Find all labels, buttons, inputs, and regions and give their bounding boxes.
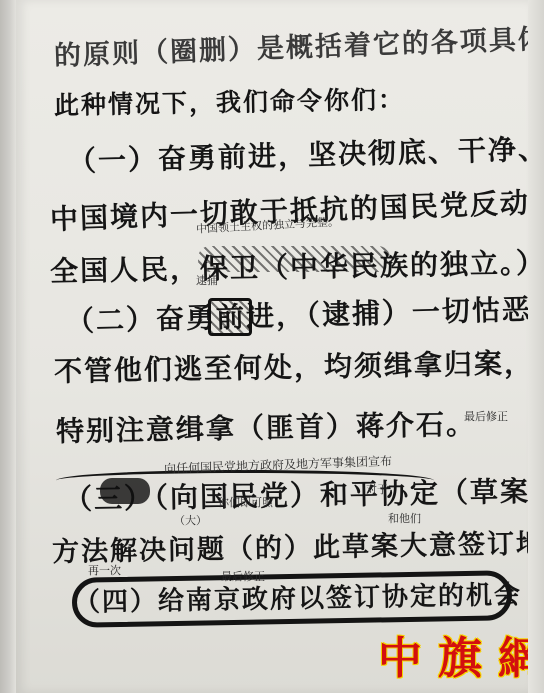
annotation-note: 最后修正 xyxy=(221,568,265,584)
book-spine xyxy=(0,0,16,693)
manuscript-line-10: 方法解决问题（的）此草案大意签订地方性协定。 xyxy=(52,519,544,569)
strikethrough-mark xyxy=(198,246,390,272)
manuscript-line-7: 不管他们逃至何处，均须缉拿归案，依法惩办。 xyxy=(54,339,544,390)
annotation-note: 逮捕 xyxy=(196,272,218,288)
manuscript-line-6: （二）奋勇前进，（逮捕）一切怙恶不悛的战争罪犯。 xyxy=(65,282,544,340)
watermark-logo: 中旗網 xyxy=(378,622,544,686)
manuscript-line-2: 此种情况下，我们命令你们： xyxy=(54,80,406,122)
annotation-note: 对于 xyxy=(366,481,388,497)
annotation-note: 和他们 xyxy=(388,510,421,526)
manuscript-page: 的原则（圈删）是概括着它的各项具体办法。在 此种情况下，我们命令你们： （一）奋… xyxy=(16,0,528,693)
manuscript-line-1: 的原则（圈删）是概括着它的各项具体办法。在 xyxy=(53,13,544,73)
manuscript-line-8: 特别注意缉拿（匪首）蒋介石。 xyxy=(56,403,477,450)
manuscript-line-3: （一）奋勇前进，坚决彻底、干净、全部地歼灭 xyxy=(67,124,544,180)
annotation-note: 你们即可照 xyxy=(218,494,273,510)
annotation-note: （大） xyxy=(174,512,207,528)
annotation-note: 最后修正 xyxy=(464,408,508,424)
circled-deletion xyxy=(72,570,513,628)
strikethrough-mark xyxy=(208,298,252,336)
page-edge xyxy=(528,0,544,693)
annotation-note: 再一次 xyxy=(88,562,121,578)
